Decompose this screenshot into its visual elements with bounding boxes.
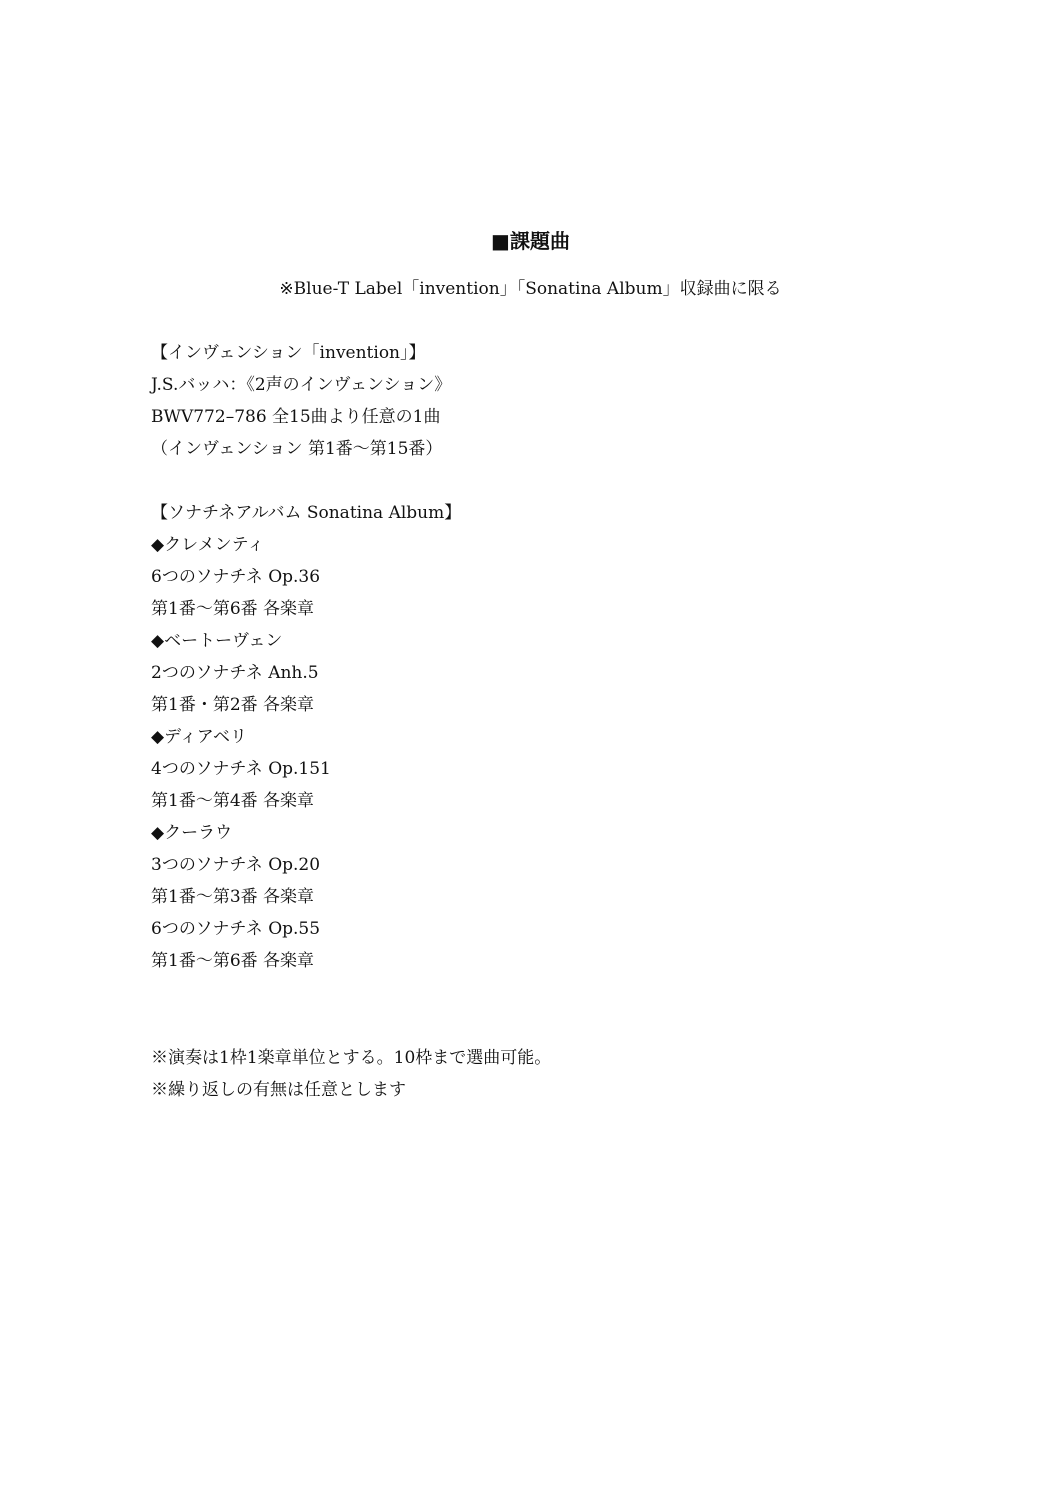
sonatina-section: 【ソナチネアルバム Sonatina Album】 ◆クレメンティ 6つのソナチ… [151, 497, 461, 977]
notes-section: ※演奏は1枠1楽章単位とする。10枠まで選曲可能。 ※繰り返しの有無は任意としま… [151, 1042, 551, 1106]
note-line: ※繰り返しの有無は任意とします [151, 1074, 551, 1106]
page-title: ■課題曲 [0, 226, 1061, 256]
composer-name: ◆クーラウ [151, 817, 461, 849]
composer-name: ◆ディアベリ [151, 721, 461, 753]
work-movements: 第1番〜第6番 各楽章 [151, 593, 461, 625]
composer-name: ◆ベートーヴェン [151, 625, 461, 657]
work-title: 4つのソナチネ Op.151 [151, 753, 461, 785]
note-line: ※演奏は1枠1楽章単位とする。10枠まで選曲可能。 [151, 1042, 551, 1074]
work-title: 2つのソナチネ Anh.5 [151, 657, 461, 689]
invention-line: （インヴェンション 第1番〜第15番） [151, 433, 461, 465]
work-movements: 第1番〜第6番 各楽章 [151, 945, 461, 977]
work-movements: 第1番・第2番 各楽章 [151, 689, 461, 721]
work-title: 3つのソナチネ Op.20 [151, 849, 461, 881]
invention-section: 【インヴェンション「invention」】 J.S.バッハ：《2声のインヴェンシ… [151, 337, 461, 465]
composer-name: ◆クレメンティ [151, 529, 461, 561]
subtitle-note: ※Blue-T Label「invention」「Sonatina Album」… [0, 274, 1061, 304]
invention-heading: 【インヴェンション「invention」】 [151, 337, 461, 369]
spacer [151, 465, 461, 497]
work-movements: 第1番〜第4番 各楽章 [151, 785, 461, 817]
work-title: 6つのソナチネ Op.36 [151, 561, 461, 593]
repertoire-list: 【インヴェンション「invention」】 J.S.バッハ：《2声のインヴェンシ… [151, 337, 461, 977]
work-movements: 第1番〜第3番 各楽章 [151, 881, 461, 913]
work-title: 6つのソナチネ Op.55 [151, 913, 461, 945]
invention-line: J.S.バッハ：《2声のインヴェンション》 [151, 369, 461, 401]
invention-line: BWV772–786 全15曲より任意の1曲 [151, 401, 461, 433]
sonatina-heading: 【ソナチネアルバム Sonatina Album】 [151, 497, 461, 529]
